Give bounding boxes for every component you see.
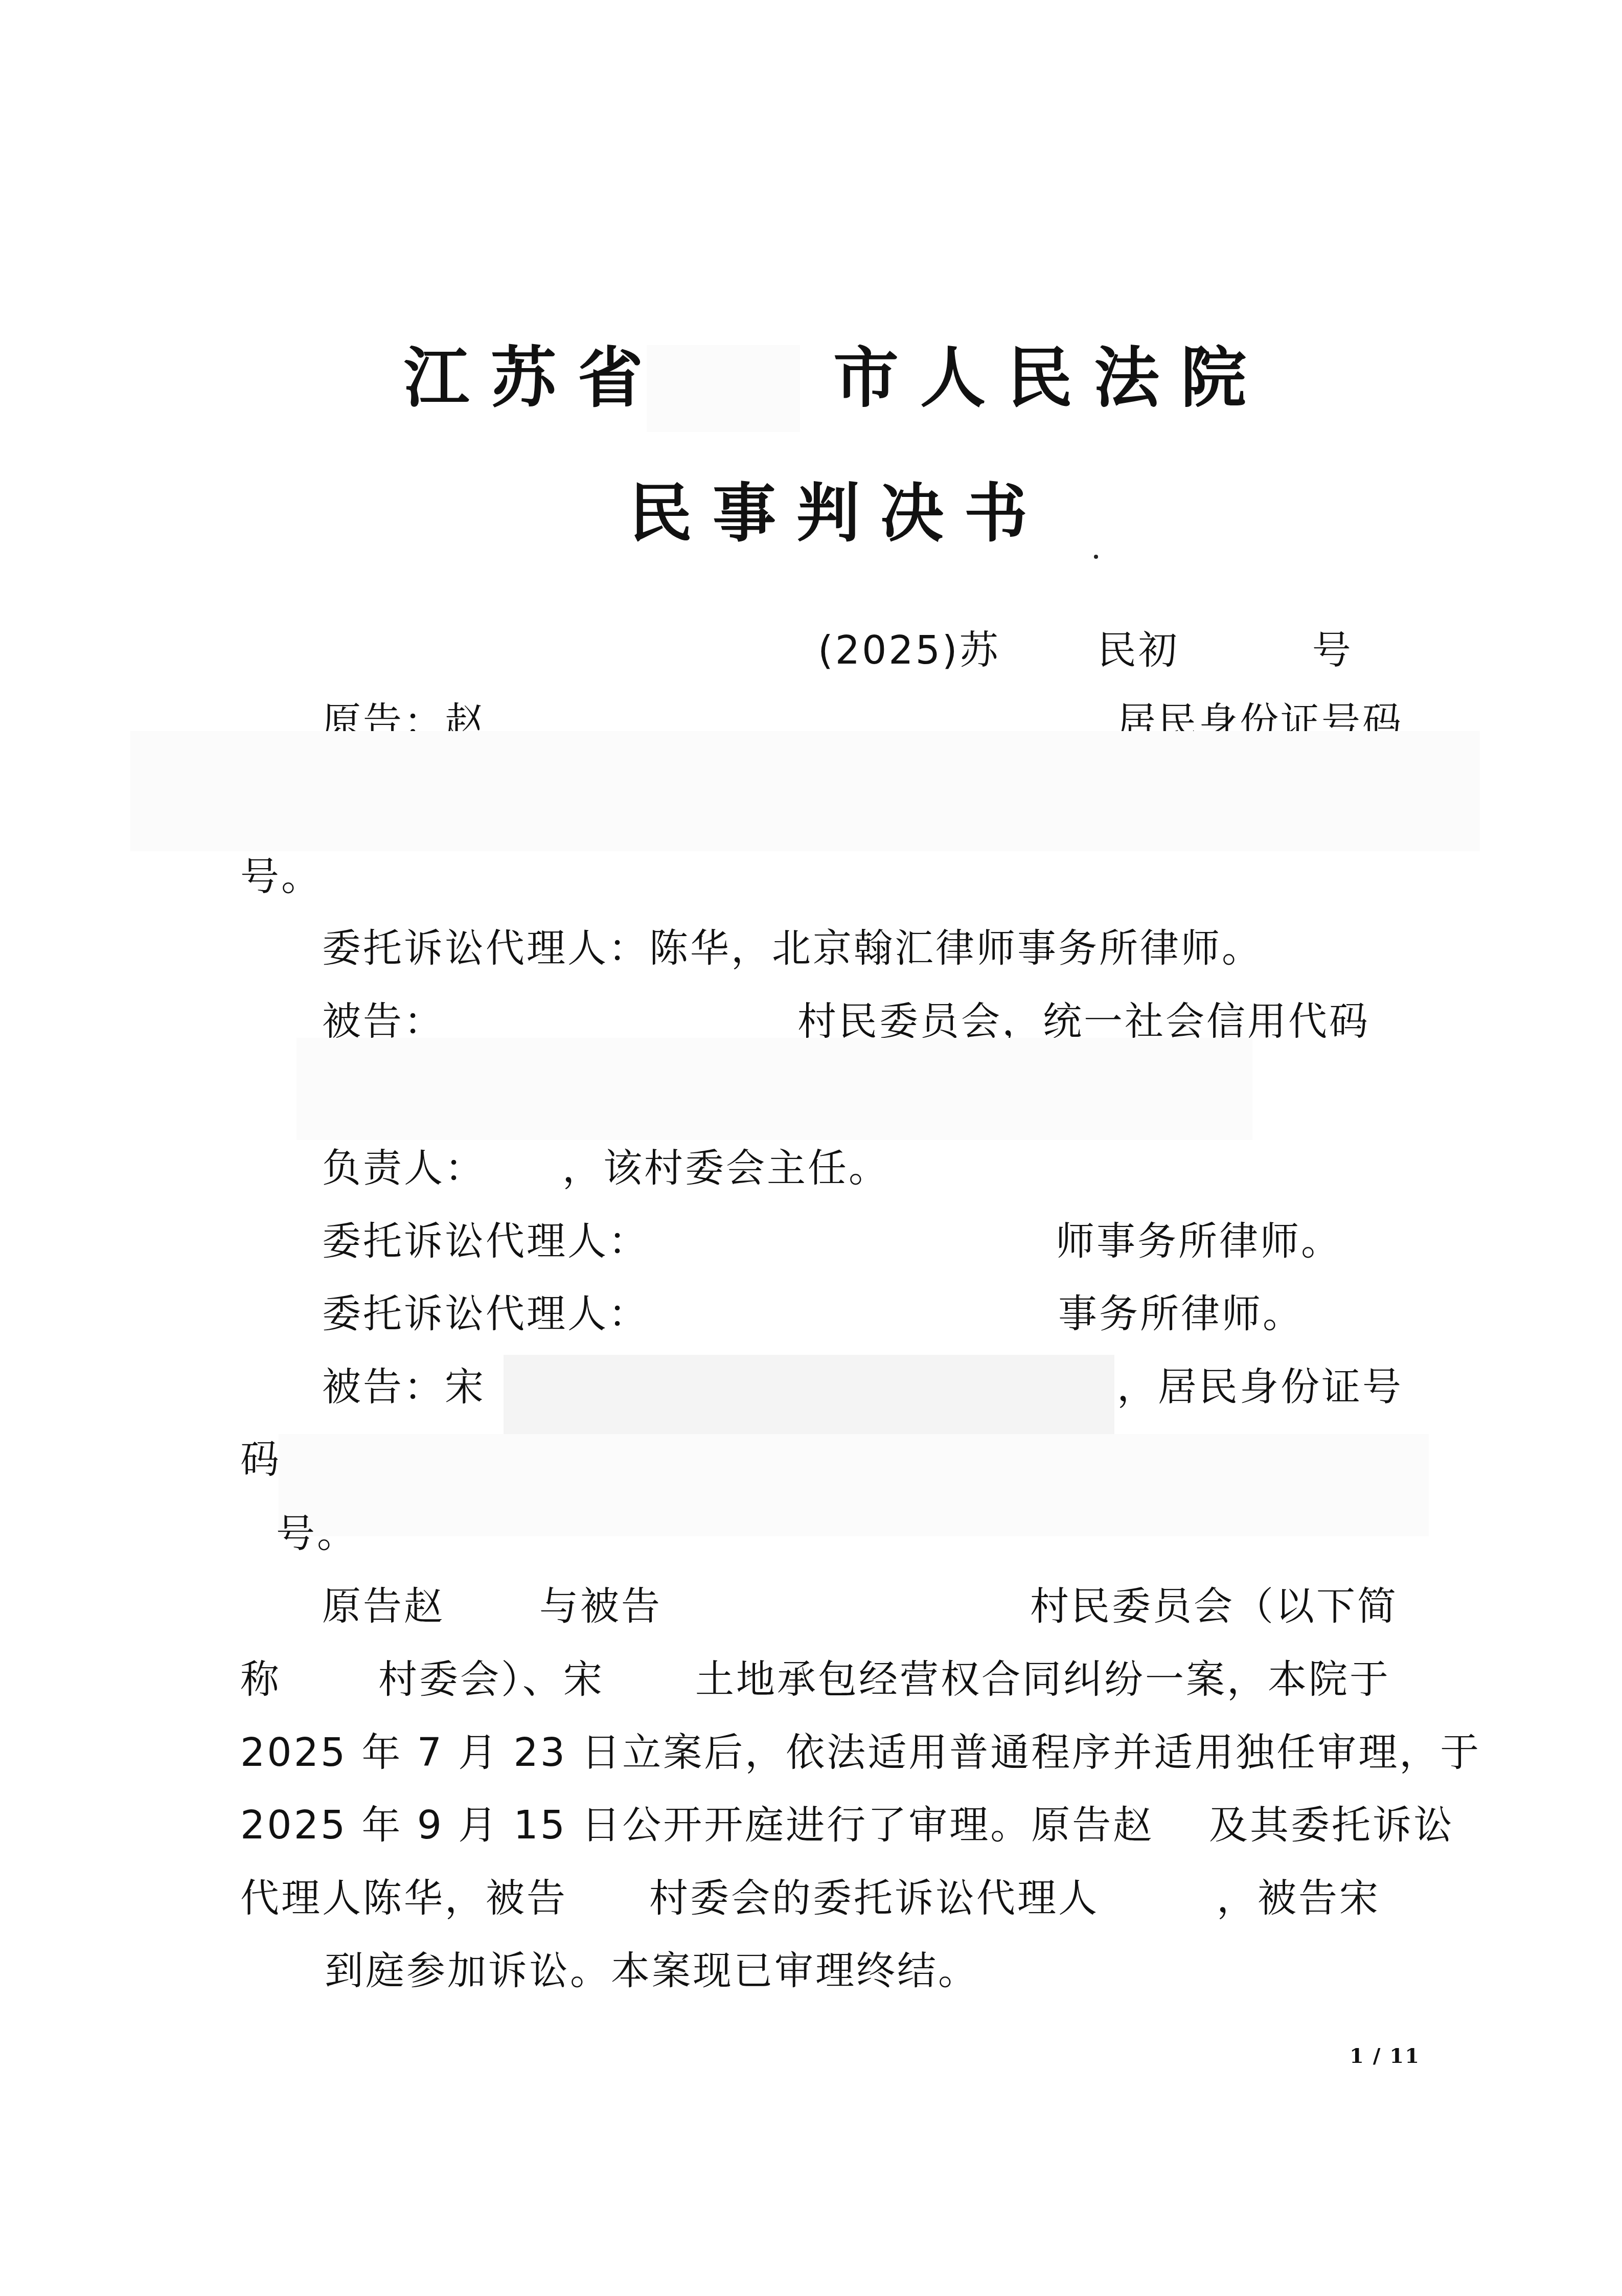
- plaintiff-agent: 委托诉讼代理人：陈华，北京翰汇律师事务所律师。: [322, 923, 1263, 974]
- case-number-type: 民初: [1098, 627, 1179, 673]
- page-number: 1 / 11: [1350, 2044, 1420, 2068]
- case-number-year: (2025)苏: [818, 627, 1000, 673]
- court-name-suffix: 市人民法院: [833, 340, 1268, 417]
- summary-line-1c: 村民委员会（以下简: [1030, 1581, 1398, 1632]
- judgment-page: 江苏省市人民法院 民事判决书 (2025)苏民初号 原告：赵 居民身份证号码 号…: [0, 0, 1622, 2296]
- redaction-block: [279, 1434, 1429, 1536]
- committee-agent-1-label: 委托诉讼代理人：: [322, 1216, 649, 1267]
- defendant-person-wrap: 码: [240, 1434, 281, 1485]
- redaction-block: [504, 1355, 1114, 1434]
- committee-agent-2-tail: 事务所律师。: [1058, 1288, 1304, 1339]
- summary-line-3: 2025 年 7 月 23 日立案后，依法适用普通程序并适用独任审理，于: [240, 1727, 1481, 1778]
- defendant-person-label: 被告：宋: [322, 1361, 486, 1413]
- court-name-title: 江苏省市人民法院: [404, 337, 1268, 419]
- committee-agent-1-tail: 师事务所律师。: [1056, 1216, 1342, 1267]
- redaction-block: [296, 1038, 1252, 1140]
- summary-line-2c: 土地承包经营权合同纠纷一案，本院于: [695, 1654, 1390, 1705]
- summary-line-1a: 原告赵: [322, 1581, 445, 1632]
- plaintiff-id-continuation: 号。: [240, 851, 322, 902]
- document-type-title: 民事判决书: [629, 473, 1048, 555]
- summary-line-2a: 称: [240, 1654, 281, 1705]
- redaction-block: [647, 345, 800, 432]
- leader-label: 负责人：: [322, 1145, 486, 1191]
- summary-line-5a: 代理人陈华，被告: [240, 1873, 567, 1924]
- leader-tail: ，该村委会主任。: [562, 1145, 889, 1191]
- summary-line-4a: 2025 年 9 月 15 日公开开庭进行了审理。原告赵: [240, 1800, 1154, 1851]
- committee-leader-label: 负责人：，该村委会主任。: [322, 1143, 889, 1194]
- case-number: (2025)苏民初号: [818, 625, 1353, 676]
- redaction-block: [130, 731, 1480, 851]
- defendant-person-continuation: 号。: [276, 1508, 358, 1559]
- summary-line-5c: ，被告宋: [1217, 1873, 1380, 1924]
- court-name-prefix: 江苏省: [404, 340, 665, 417]
- committee-agent-2-label: 委托诉讼代理人：: [322, 1288, 649, 1339]
- summary-line-1b: 与被告: [539, 1581, 662, 1632]
- summary-line-6: 到庭参加诉讼。本案现已审理终结。: [325, 1945, 979, 1996]
- defendant-person-id-label: ，居民身份证号: [1117, 1361, 1403, 1413]
- scan-dot: [1094, 555, 1098, 559]
- case-number-suffix: 号: [1312, 627, 1353, 673]
- summary-line-4b: 及其委托诉讼: [1209, 1800, 1454, 1851]
- summary-line-5b: 村委会的委托诉讼代理人: [649, 1873, 1099, 1924]
- summary-line-2b: 村委会）、宋: [378, 1654, 604, 1705]
